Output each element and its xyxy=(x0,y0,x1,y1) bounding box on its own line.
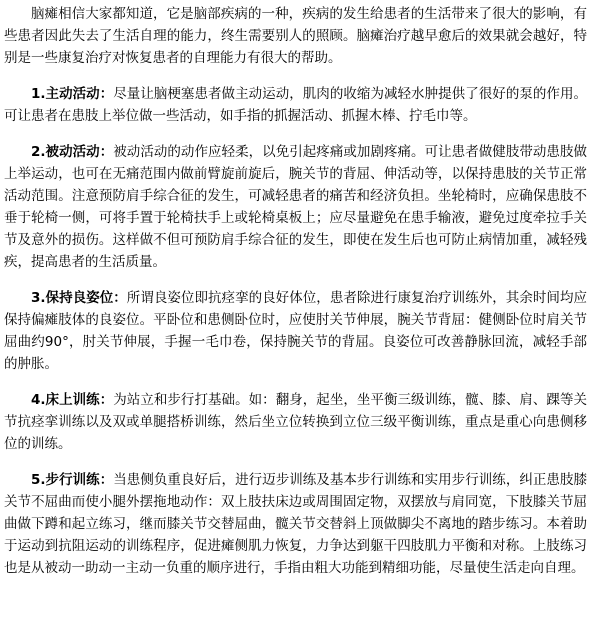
section-paragraph-walking-training: 5.步行训练：当患侧负重良好后，进行迈步训练及基本步行训练和实用步行训练，纠正患… xyxy=(4,469,587,579)
section-heading: 1.主动活动： xyxy=(31,86,113,102)
section-heading: 4.床上训练： xyxy=(31,392,113,408)
intro-text: 脑瘫相信大家都知道，它是脑部疾病的一种，疾病的发生给患者的生活带来了很大的影响，… xyxy=(4,6,587,66)
section-paragraph-good-posture: 3.保持良姿位：所谓良姿位即抗痉挛的良好体位，患者除进行康复治疗训练外，其余时间… xyxy=(4,287,587,375)
section-body: 被动活动的动作应轻柔，以免引起疼痛或加剧疼痛。可让患者做健肢带动患肢做上举运动，… xyxy=(4,144,587,270)
section-paragraph-bed-training: 4.床上训练：为站立和步行打基础。如：翻身，起坐，坐平衡三级训练，髋、膝、肩、踝… xyxy=(4,389,587,455)
article-page: 脑瘫相信大家都知道，它是脑部疾病的一种，疾病的发生给患者的生活带来了很大的影响，… xyxy=(0,0,591,583)
section-paragraph-active-movement: 1.主动活动：尽量让脑梗塞患者做主动运动，肌肉的收缩为减轻水肿提供了很好的泵的作… xyxy=(4,83,587,127)
section-heading: 5.步行训练： xyxy=(31,472,113,488)
intro-paragraph: 脑瘫相信大家都知道，它是脑部疾病的一种，疾病的发生给患者的生活带来了很大的影响，… xyxy=(4,3,587,69)
section-paragraph-passive-movement: 2.被动活动：被动活动的动作应轻柔，以免引起疼痛或加剧疼痛。可让患者做健肢带动患… xyxy=(4,141,587,273)
section-heading: 3.保持良姿位： xyxy=(31,290,127,306)
section-heading: 2.被动活动： xyxy=(31,144,113,160)
